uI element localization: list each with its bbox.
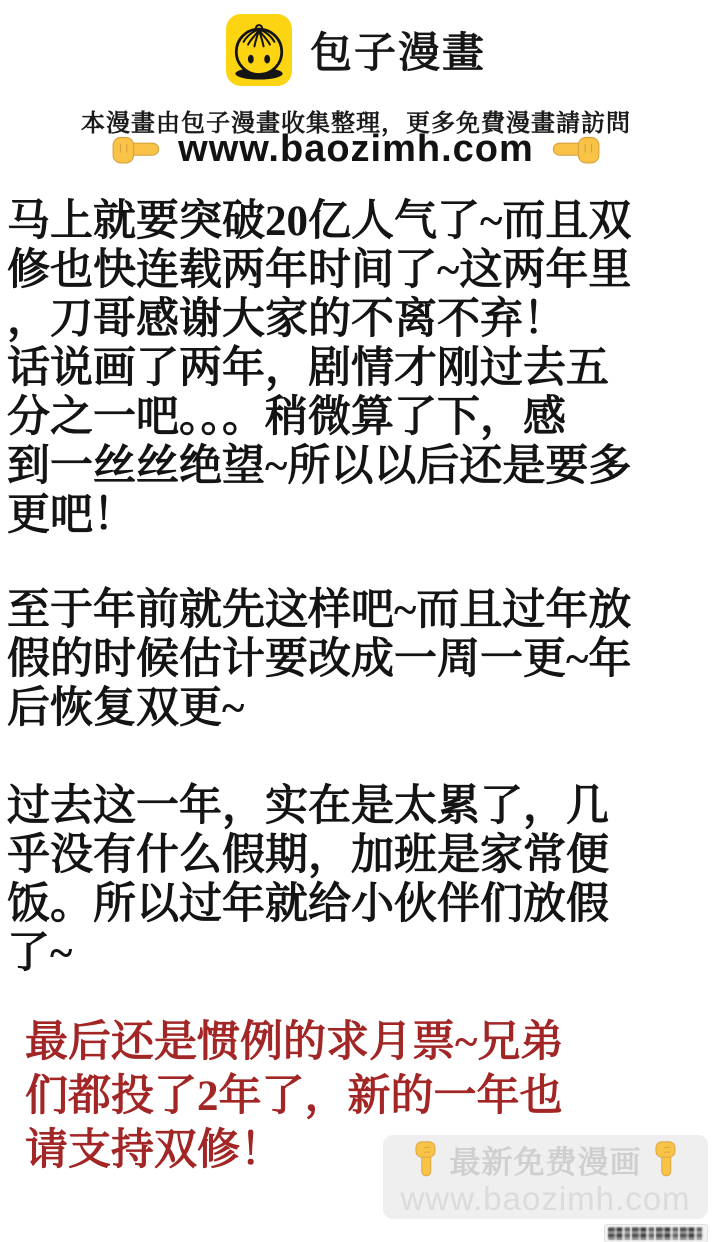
promo-url: www.baozimh.com [400, 1180, 690, 1218]
point-right-icon [112, 131, 160, 168]
site-url-row: www.baozimh.com [0, 128, 712, 171]
brand-title: 包子漫畫 [310, 20, 486, 80]
baozi-bun-icon [226, 14, 292, 86]
promo-line1: 最新免费漫画 [408, 1137, 684, 1182]
pixelated-watermark-blocks [608, 1227, 704, 1240]
announcement-paragraph-1: 马上就要突破20亿人气了~而且双 修也快连载两年时间了~这两年里 ，刀哥感谢大家… [7, 197, 707, 540]
promo-text: 最新免费漫画 [450, 1137, 642, 1182]
point-down-icon [648, 1145, 684, 1173]
promo-overlay: 最新免费漫画 www.baozimh.com [383, 1135, 708, 1219]
comic-announcement-page: 包子漫畫 本漫畫由包子漫畫收集整理，更多免費漫畫請訪問 www.baozimh.… [0, 0, 712, 1242]
point-left-icon [552, 131, 600, 168]
site-url: www.baozimh.com [178, 128, 534, 171]
site-logo-row: 包子漫畫 [0, 14, 712, 86]
announcement-paragraph-2: 至于年前就先这样吧~而且过年放 假的时候估计要改成一周一更~年 后恢复双更~ [7, 586, 707, 733]
announcement-paragraph-3: 过去这一年，实在是太累了，几 乎没有什么假期，加班是家常便 饭。所以过年就给小伙… [7, 782, 707, 978]
point-down-icon [408, 1145, 444, 1173]
pixelated-watermark [604, 1224, 708, 1242]
